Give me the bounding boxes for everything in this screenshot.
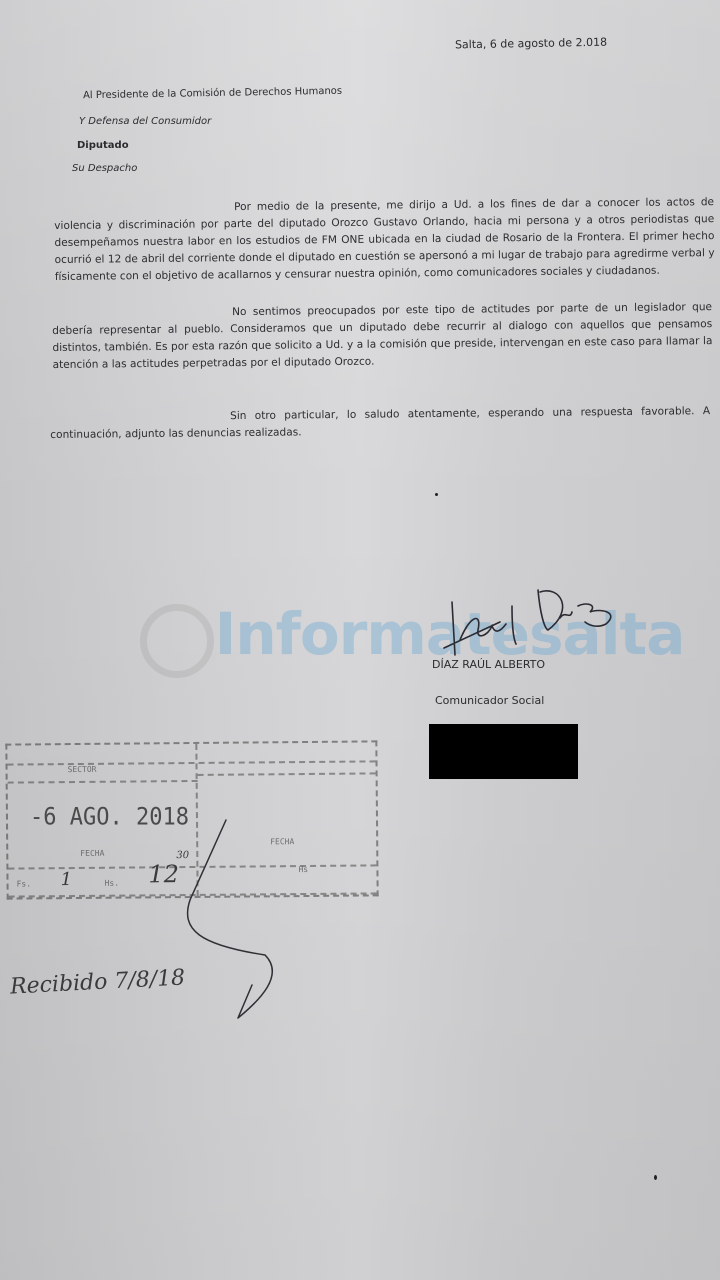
ink-speck — [654, 1175, 657, 1180]
handwritten-arrow — [0, 0, 720, 1280]
ink-speck — [435, 493, 438, 496]
